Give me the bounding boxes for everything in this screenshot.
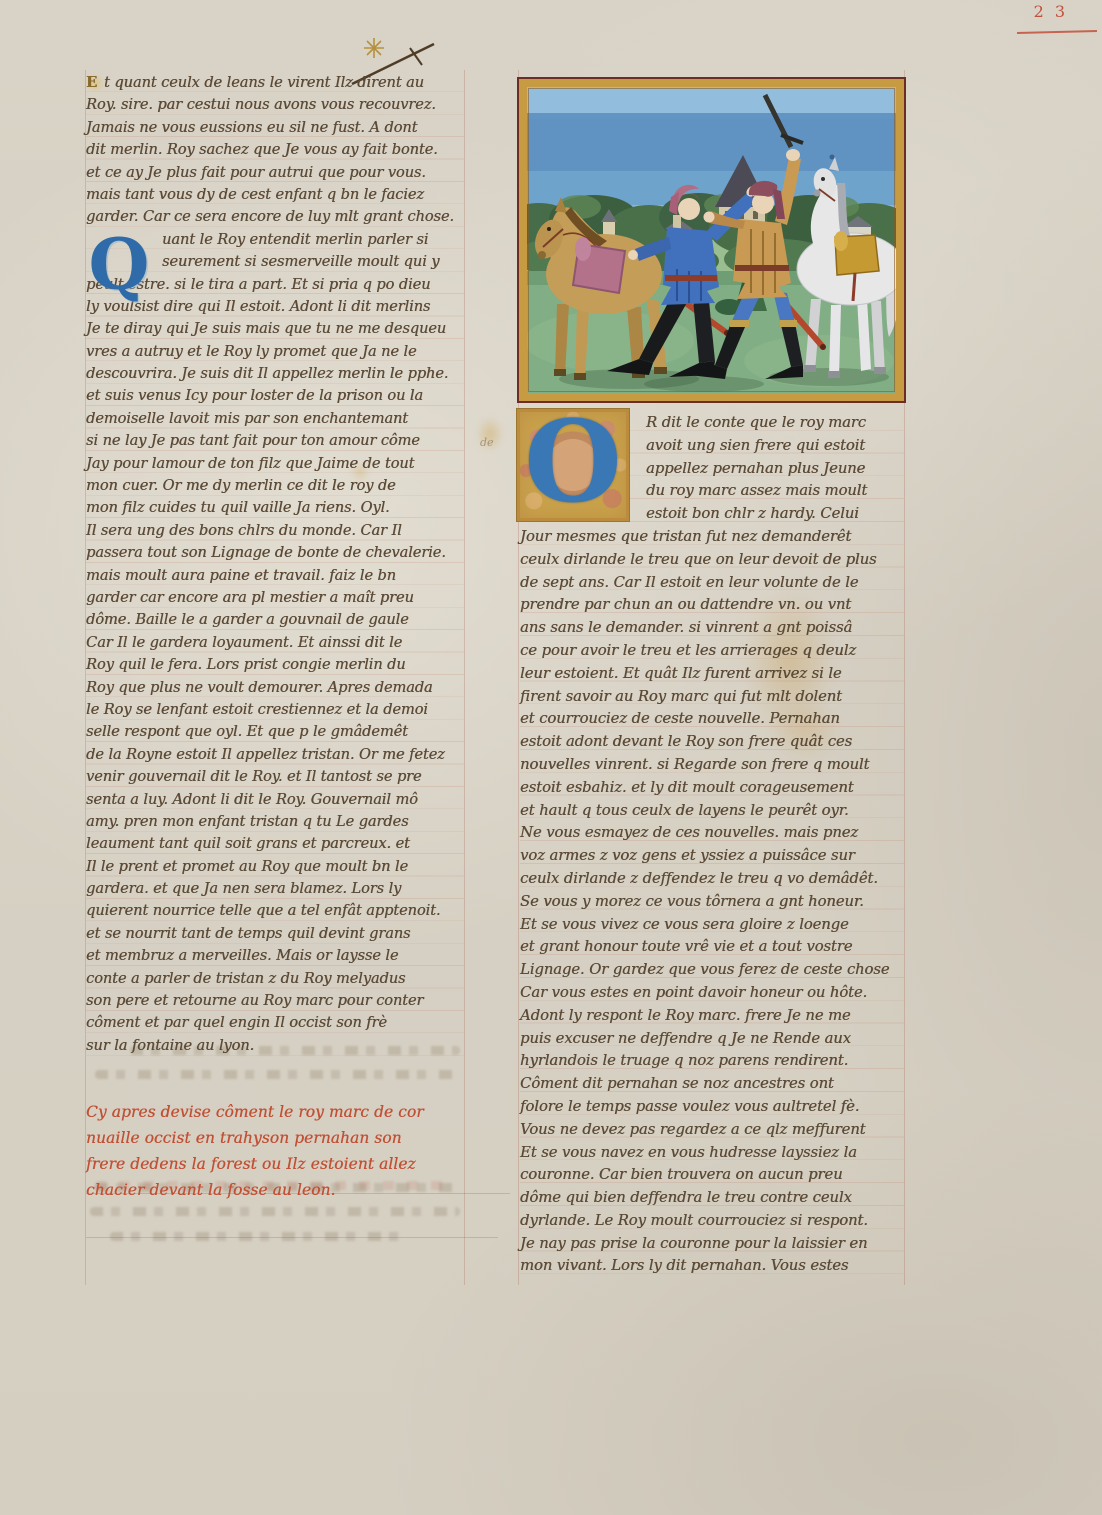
folio-underline — [1017, 30, 1097, 34]
manuscript-line: de la Royne estoit Il appellez tristan. … — [86, 746, 464, 768]
manuscript-line: amy. pren mon enfant tristan q tu Le gar… — [86, 813, 464, 835]
manuscript-line: dyrlande. Le Roy moult courrouciez si re… — [520, 1210, 904, 1233]
manuscript-line: Il le prent et promet au Roy que moult b… — [86, 858, 464, 880]
manuscript-line: estoit esbahiz. et ly dit moult corageus… — [520, 777, 904, 800]
manuscript-line: couronne. Car bien trouvera on aucun pre… — [520, 1164, 904, 1187]
manuscript-line: quierent nourrice telle que a tel enfât … — [86, 902, 464, 924]
manuscript-line: voz armes z voz gens et yssiez a puissâc… — [520, 845, 904, 868]
manuscript-line: passera tout son Lignage de bonte de che… — [86, 544, 464, 566]
manuscript-line: Et se vous vivez ce vous sera gloire z l… — [520, 914, 904, 937]
manuscript-page: 23 de Et quant ceulx de leans le virent … — [0, 0, 1102, 1515]
manuscript-line: nouvelles vinrent. si Regarde son frere … — [520, 754, 904, 777]
manuscript-line: et grant honour toute vrê vie et a tout … — [520, 936, 904, 959]
manuscript-line: senta a luy. Adont li dit le Roy. Gouver… — [86, 791, 464, 813]
manuscript-line: Ne vous esmayez de ces nouvelles. mais p… — [520, 822, 904, 845]
rubric-line: frere dedens la forest ou Ilz estoient a… — [86, 1155, 464, 1181]
manuscript-line: Roy. sire. par cestui nous avons vous re… — [86, 96, 464, 118]
manuscript-line: ce pour avoir le treu et les arrierages … — [520, 640, 904, 663]
manuscript-line: folore le temps passe voulez vous aultre… — [520, 1096, 904, 1119]
manuscript-line: puis excuser ne deffendre q Je ne Rende … — [520, 1028, 904, 1051]
manuscript-line: si ne lay Je pas tant fait pour ton amou… — [86, 432, 464, 454]
manuscript-line: Je te diray qui Je suis mais que tu ne m… — [86, 320, 464, 342]
manuscript-line: Car Il le gardera loyaument. Et ainssi d… — [86, 634, 464, 656]
manuscript-line: dôme qui bien deffendra le treu contre c… — [520, 1187, 904, 1210]
manuscript-line: Et quant ceulx de leans le virent Ilz di… — [86, 74, 464, 96]
manuscript-line: Jour mesmes que tristan fut nez demander… — [520, 526, 904, 549]
drop-cap-O: O — [516, 408, 630, 522]
right-paragraph-1: O R dit le conte que le roy marcavoit un… — [520, 412, 904, 1278]
manuscript-line: Jamais ne vous eussions eu sil ne fust. … — [86, 119, 464, 141]
manuscript-line: firent savoir au Roy marc qui fut mlt do… — [520, 686, 904, 709]
manuscript-line: Jay pour lamour de ton filz que Jaime de… — [86, 455, 464, 477]
manuscript-line: et membruz a merveilles. Mais or laysse … — [86, 947, 464, 969]
manuscript-line: et se nourrit tant de temps quil devint … — [86, 925, 464, 947]
manuscript-line: selle respont que oyl. Et que p le gmâde… — [86, 723, 464, 745]
manuscript-line: Je nay pas prise la couronne pour la lai… — [520, 1233, 904, 1256]
manuscript-line: Et se vous navez en vous hudresse layssi… — [520, 1142, 904, 1165]
manuscript-line: le Roy se lenfant estoit crestiennez et … — [86, 701, 464, 723]
manuscript-line: estoit adont devant le Roy son frere quâ… — [520, 731, 904, 754]
drop-cap-Q: Q — [82, 219, 156, 311]
manuscript-line: prendre par chun an ou dattendre vn. ou … — [520, 594, 904, 617]
manuscript-line: mon cuer. Or me dy merlin ce dit le roy … — [86, 477, 464, 499]
manuscript-line: hyrlandois le truage q noz parens rendir… — [520, 1050, 904, 1073]
manuscript-line: mais moult aura paine et travail. faiz l… — [86, 567, 464, 589]
line-group: Roy. sire. par cestui nous avons vous re… — [86, 96, 464, 230]
ruling-line-vertical — [464, 70, 465, 1285]
manuscript-line: de sept ans. Car Il estoit en leur volun… — [520, 572, 904, 595]
manuscript-line: sur la fontaine au lyon. — [86, 1037, 464, 1059]
manuscript-line: mon filz cuides tu quil vaille Ja riens.… — [86, 499, 464, 521]
manuscript-line: mais tant vous dy de cest enfant q bn le… — [86, 186, 464, 208]
manuscript-line: et ce ay Je plus fait pour autrui que po… — [86, 164, 464, 186]
manuscript-line: Il sera ung des bons chlrs du monde. Car… — [86, 522, 464, 544]
manuscript-line: ans sans le demander. si vinrent a gnt p… — [520, 617, 904, 640]
manuscript-line: dôme. Baille le a garder a gouvnail de g… — [86, 611, 464, 633]
manuscript-line: gardera. et que Ja nen sera blamez. Lors… — [86, 880, 464, 902]
manuscript-line: dit merlin. Roy sachez que Je vous ay fa… — [86, 141, 464, 163]
verso-showthrough — [110, 1232, 410, 1241]
left-paragraph-1: Et quant ceulx de leans le virent Ilz di… — [86, 74, 464, 231]
miniature-scene — [519, 79, 904, 401]
rubric-line: Cy apres devise côment le roy marc de co… — [86, 1103, 464, 1129]
line-group: Jour mesmes que tristan fut nez demander… — [520, 526, 904, 1278]
manuscript-line: Adont ly respont le Roy marc. frere Je n… — [520, 1005, 904, 1028]
folio-number: 23 — [1034, 2, 1076, 21]
manuscript-line: garder car encore ara pl mestier a maît … — [86, 589, 464, 611]
manuscript-line: mon vivant. Lors ly dit pernahan. Vous e… — [520, 1255, 904, 1278]
miniature — [517, 77, 906, 403]
verso-showthrough — [90, 1207, 460, 1216]
gold-star-icon — [364, 38, 384, 58]
manuscript-line: Lignage. Or gardez que vous ferez de ces… — [520, 959, 904, 982]
left-paragraph-2: Q uant le Roy entendit merlin parler sis… — [86, 231, 464, 1059]
manuscript-line: et hault q tous ceulx de layens le peurê… — [520, 800, 904, 823]
manuscript-line: Vous ne devez pas regardez a ce qlz meff… — [520, 1119, 904, 1142]
rubric-line: chacier devant la fosse au leon. — [86, 1181, 464, 1207]
manuscript-line: Roy quil le fera. Lors prist congie merl… — [86, 656, 464, 678]
rubric-line: nuaille occist en trahyson pernahan son — [86, 1129, 464, 1155]
manuscript-line: et courrouciez de ceste nouvelle. Pernah… — [520, 708, 904, 731]
line-group: peult estre. si le tira a part. Et si pr… — [86, 276, 464, 1060]
manuscript-line: et suis venus Icy pour loster de la pris… — [86, 387, 464, 409]
manuscript-line: son pere et retourne au Roy marc pour co… — [86, 992, 464, 1014]
manuscript-line: venir gouvernail dit le Roy. et Il tanto… — [86, 768, 464, 790]
manuscript-line: Car vous estes en point davoir honeur ou… — [520, 982, 904, 1005]
manuscript-line: ceulx dirlande z deffendez le treu q vo … — [520, 868, 904, 891]
manuscript-line: conte a parler de tristan z du Roy melya… — [86, 970, 464, 992]
initial-E: E — [86, 74, 104, 91]
manuscript-line: leaument tant quil soit grans et parcreu… — [86, 835, 464, 857]
manuscript-line: Côment dit pernahan se noz ancestres ont — [520, 1073, 904, 1096]
right-column: O R dit le conte que le roy marcavoit un… — [520, 412, 904, 1278]
manuscript-line: vres a autruy et le Roy ly promet que Ja… — [86, 343, 464, 365]
marginal-note: de — [480, 436, 494, 449]
left-column: Et quant ceulx de leans le virent Ilz di… — [86, 74, 464, 1206]
rubric: Cy apres devise côment le roy marc de co… — [86, 1103, 464, 1206]
manuscript-line: côment et par quel engin Il occist son f… — [86, 1014, 464, 1036]
manuscript-line: Se vous y morez ce vous tôrnera a gnt ho… — [520, 891, 904, 914]
manuscript-line: leur estoient. Et quât Ilz furent arrive… — [520, 663, 904, 686]
manuscript-line: ceulx dirlande le treu que on leur devoi… — [520, 549, 904, 572]
manuscript-line: demoiselle lavoit mis par son enchantema… — [86, 410, 464, 432]
manuscript-line: Roy que plus ne voult demourer. Apres de… — [86, 679, 464, 701]
line-text: t quant ceulx de leans le virent Ilz dir… — [104, 74, 424, 91]
manuscript-line: descouvrira. Je suis dit Il appellez mer… — [86, 365, 464, 387]
